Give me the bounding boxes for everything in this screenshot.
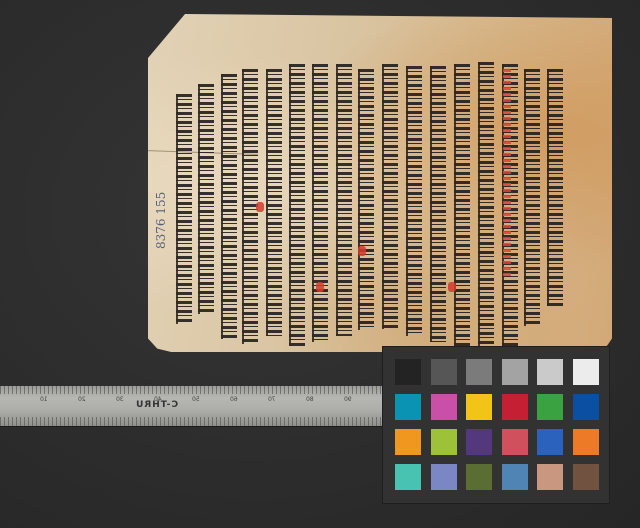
text-line (266, 69, 282, 336)
ruler-ticks-bottom (0, 417, 382, 426)
color-patch (537, 464, 563, 490)
ruler-label: 80 (306, 396, 314, 403)
color-patch (573, 359, 599, 385)
color-patch (431, 359, 457, 385)
text-line (221, 74, 237, 339)
ruler-ticks-top (0, 386, 382, 394)
color-patch (466, 464, 492, 490)
color-patch (537, 394, 563, 420)
color-patch (395, 359, 421, 385)
color-patch (431, 429, 457, 455)
text-line (478, 62, 494, 352)
text-line (524, 69, 540, 326)
text-line (198, 84, 214, 314)
ruler-label: 40 (154, 396, 162, 403)
color-patch (573, 464, 599, 490)
ruler: C-THRU 102030405060708090 (0, 386, 382, 426)
ruler-label: 50 (192, 396, 200, 403)
manuscript-fragment: 8376 155 (148, 14, 612, 352)
color-patch (502, 429, 528, 455)
text-line (430, 66, 446, 342)
text-line (382, 64, 398, 329)
color-patch (573, 394, 599, 420)
color-patch (431, 464, 457, 490)
ruler-label: 90 (344, 396, 352, 403)
color-patch (395, 464, 421, 490)
color-patch (466, 359, 492, 385)
color-patch (466, 394, 492, 420)
ruler-label: 60 (230, 396, 238, 403)
rubric-mark (316, 282, 324, 292)
text-line (312, 64, 328, 342)
rubric-mark (358, 246, 366, 256)
text-line (358, 69, 374, 330)
color-patch (502, 359, 528, 385)
color-patch (573, 429, 599, 455)
color-patch (537, 359, 563, 385)
color-patch (395, 394, 421, 420)
rubric-heading (503, 69, 511, 279)
color-checker (383, 347, 609, 503)
rubric-mark (256, 202, 264, 212)
text-line (547, 69, 563, 306)
color-patch (537, 429, 563, 455)
color-patch (502, 394, 528, 420)
text-line (336, 64, 352, 336)
text-line (176, 94, 192, 324)
color-patch (395, 429, 421, 455)
rubric-mark (448, 282, 456, 292)
shelfmark-annotation: 8376 155 (154, 192, 168, 249)
ruler-label: 10 (40, 396, 48, 403)
color-patch (502, 464, 528, 490)
text-line (454, 64, 470, 349)
ruler-label: 20 (78, 396, 86, 403)
color-patch (466, 429, 492, 455)
text-line (406, 66, 422, 336)
ruler-label: 70 (268, 396, 276, 403)
ruler-label: 30 (116, 396, 124, 403)
color-patch (431, 394, 457, 420)
text-line (289, 64, 305, 346)
